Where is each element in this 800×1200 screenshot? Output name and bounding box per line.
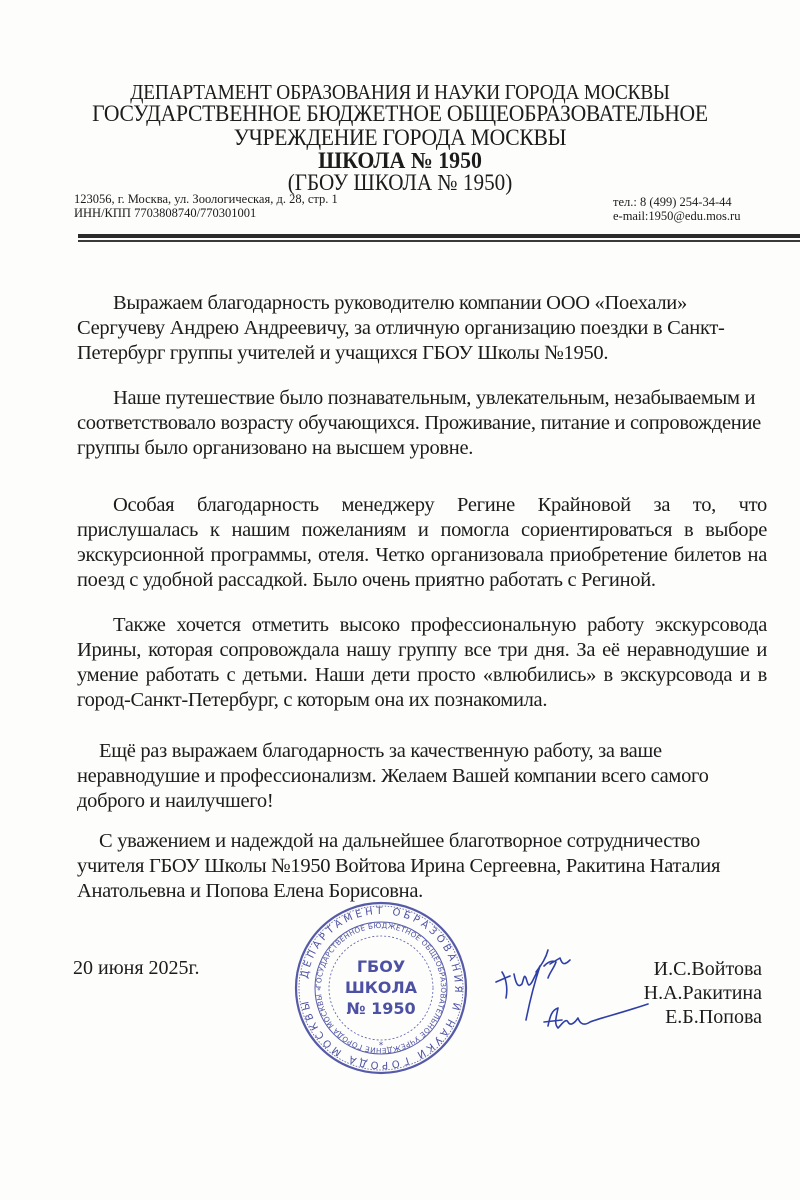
- inn-kpp-line: ИНН/КПП 7703808740/770301001: [74, 206, 338, 220]
- letter-date: 20 июня 2025г.: [73, 957, 200, 980]
- letterhead-divider-thin: [78, 240, 800, 242]
- signer-name: Н.А.Ракитина: [615, 981, 762, 1005]
- paragraph-closing: С уважением и надеждой на дальнейшее бла…: [77, 829, 767, 904]
- email-line: e-mail:1950@edu.mos.ru: [613, 209, 740, 223]
- stamp-center-line2: ШКОЛА: [345, 978, 418, 997]
- paragraph-3: Особая благодарность менеджеру Регине Кр…: [77, 493, 767, 593]
- svg-text:*: *: [379, 1041, 384, 1051]
- signer-name: И.С.Войтова: [615, 957, 762, 981]
- signer-name: Е.Б.Попова: [615, 1005, 762, 1029]
- phone-line: тел.: 8 (499) 254-34-44: [613, 195, 740, 209]
- address-line: 123056, г. Москва, ул. Зоологическая, д.…: [74, 192, 338, 206]
- letter-page: ДЕПАРТАМЕНТ ОБРАЗОВАНИЯ И НАУКИ ГОРОДА М…: [0, 0, 800, 1200]
- stamp-center-line3: № 1950: [346, 999, 415, 1018]
- paragraph-5: Ещё раз выражаем благодарность за качест…: [77, 739, 767, 814]
- stamp-center-line1: ГБОУ: [357, 957, 405, 976]
- letterhead-divider-thick: [78, 234, 800, 238]
- paragraph-2: Наше путешествие было познавательным, ув…: [77, 386, 767, 461]
- paragraph-1: Выражаем благодарность руководителю комп…: [77, 291, 767, 366]
- letterhead-contact-block: тел.: 8 (499) 254-34-44 e-mail:1950@edu.…: [613, 195, 740, 223]
- letterhead-org-line1: ГОСУДАРСТВЕННОЕ БЮДЖЕТНОЕ ОБЩЕОБРАЗОВАТЕ…: [32, 101, 768, 128]
- letterhead-address-block: 123056, г. Москва, ул. Зоологическая, д.…: [74, 192, 338, 220]
- official-stamp-icon: ДЕПАРТАМЕНТ ОБРАЗОВАНИЯ И НАУКИ ГОРОДА М…: [293, 900, 469, 1076]
- signers-list: И.С.Войтова Н.А.Ракитина Е.Б.Попова: [615, 957, 762, 1029]
- paragraph-4: Также хочется отметить высоко профессион…: [77, 613, 767, 713]
